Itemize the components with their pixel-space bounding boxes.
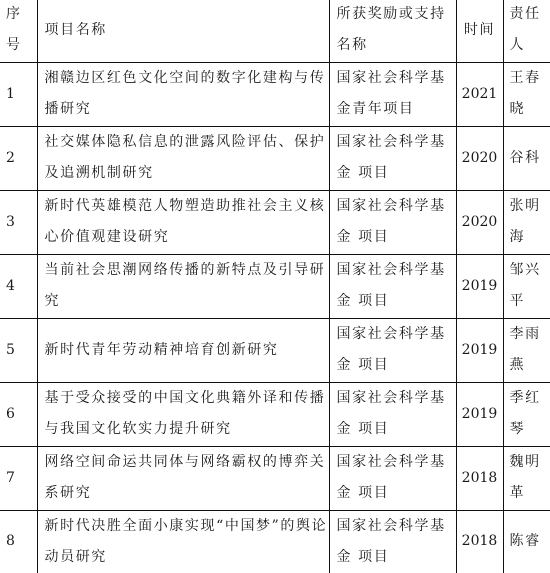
cell-person: 邹兴平 [503,254,550,318]
cell-person: 王春晓 [503,62,550,126]
table-row: 2 社交媒体隐私信息的泄露风险评估、保护及追溯机制研究 国家社会科学基金 项目 … [0,126,550,190]
cell-person: 魏明革 [503,446,550,510]
header-award: 所获奖励或支持名称 [329,0,456,62]
cell-no: 1 [0,62,37,126]
cell-no: 7 [0,446,37,510]
header-no: 序号 [0,0,37,62]
cell-no: 3 [0,190,37,254]
cell-name: 基于受众接受的中国文化典籍外译和传播与我国文化软实力提升研究 [37,382,329,446]
cell-year: 2019 [456,382,503,446]
table-row: 3 新时代英雄模范人物塑造助推社会主义核心价值观建设研究 国家社会科学基金 项目… [0,190,550,254]
cell-name: 新时代英雄模范人物塑造助推社会主义核心价值观建设研究 [37,190,329,254]
projects-table: 序号 项目名称 所获奖励或支持名称 时间 责任人 1 湘赣边区红色文化空间的数字… [0,0,550,573]
table-header-row: 序号 项目名称 所获奖励或支持名称 时间 责任人 [0,0,550,62]
cell-award: 国家社会科学基金 项目 [329,254,456,318]
cell-award: 国家社会科学基金青年项目 [329,62,456,126]
header-year: 时间 [456,0,503,62]
table-row: 5 新时代青年劳动精神培育创新研究 国家社会科学基金 项目 2019 李雨燕 [0,318,550,382]
header-person: 责任人 [503,0,550,62]
cell-person: 谷科 [503,126,550,190]
table-row: 6 基于受众接受的中国文化典籍外译和传播与我国文化软实力提升研究 国家社会科学基… [0,382,550,446]
table-row: 1 湘赣边区红色文化空间的数字化建构与传播研究 国家社会科学基金青年项目 202… [0,62,550,126]
cell-year: 2020 [456,126,503,190]
header-name: 项目名称 [37,0,329,62]
cell-person: 季红琴 [503,382,550,446]
cell-person: 张明海 [503,190,550,254]
cell-no: 2 [0,126,37,190]
cell-name: 湘赣边区红色文化空间的数字化建构与传播研究 [37,62,329,126]
table-row: 7 网络空间命运共同体与网络霸权的博弈关系研究 国家社会科学基金 项目 2018… [0,446,550,510]
cell-award: 国家社会科学基金 项目 [329,126,456,190]
cell-year: 2018 [456,446,503,510]
cell-award: 国家社会科学基金 项目 [329,190,456,254]
cell-year: 2019 [456,318,503,382]
cell-award: 国家社会科学基金 项目 [329,382,456,446]
cell-year: 2019 [456,254,503,318]
cell-person: 陈睿 [503,510,550,573]
cell-no: 4 [0,254,37,318]
cell-year: 2020 [456,190,503,254]
table-row: 8 新时代决胜全面小康实现“中国梦”的舆论动员研究 国家社会科学基金 项目 20… [0,510,550,573]
cell-name: 社交媒体隐私信息的泄露风险评估、保护及追溯机制研究 [37,126,329,190]
cell-year: 2021 [456,62,503,126]
cell-award: 国家社会科学基金 项目 [329,510,456,573]
cell-no: 8 [0,510,37,573]
cell-award: 国家社会科学基金 项目 [329,446,456,510]
cell-name: 新时代青年劳动精神培育创新研究 [37,318,329,382]
cell-person: 李雨燕 [503,318,550,382]
cell-year: 2018 [456,510,503,573]
cell-name: 新时代决胜全面小康实现“中国梦”的舆论动员研究 [37,510,329,573]
cell-no: 5 [0,318,37,382]
cell-name: 网络空间命运共同体与网络霸权的博弈关系研究 [37,446,329,510]
cell-no: 6 [0,382,37,446]
cell-name: 当前社会思潮网络传播的新特点及引导研究 [37,254,329,318]
table-row: 4 当前社会思潮网络传播的新特点及引导研究 国家社会科学基金 项目 2019 邹… [0,254,550,318]
cell-award: 国家社会科学基金 项目 [329,318,456,382]
